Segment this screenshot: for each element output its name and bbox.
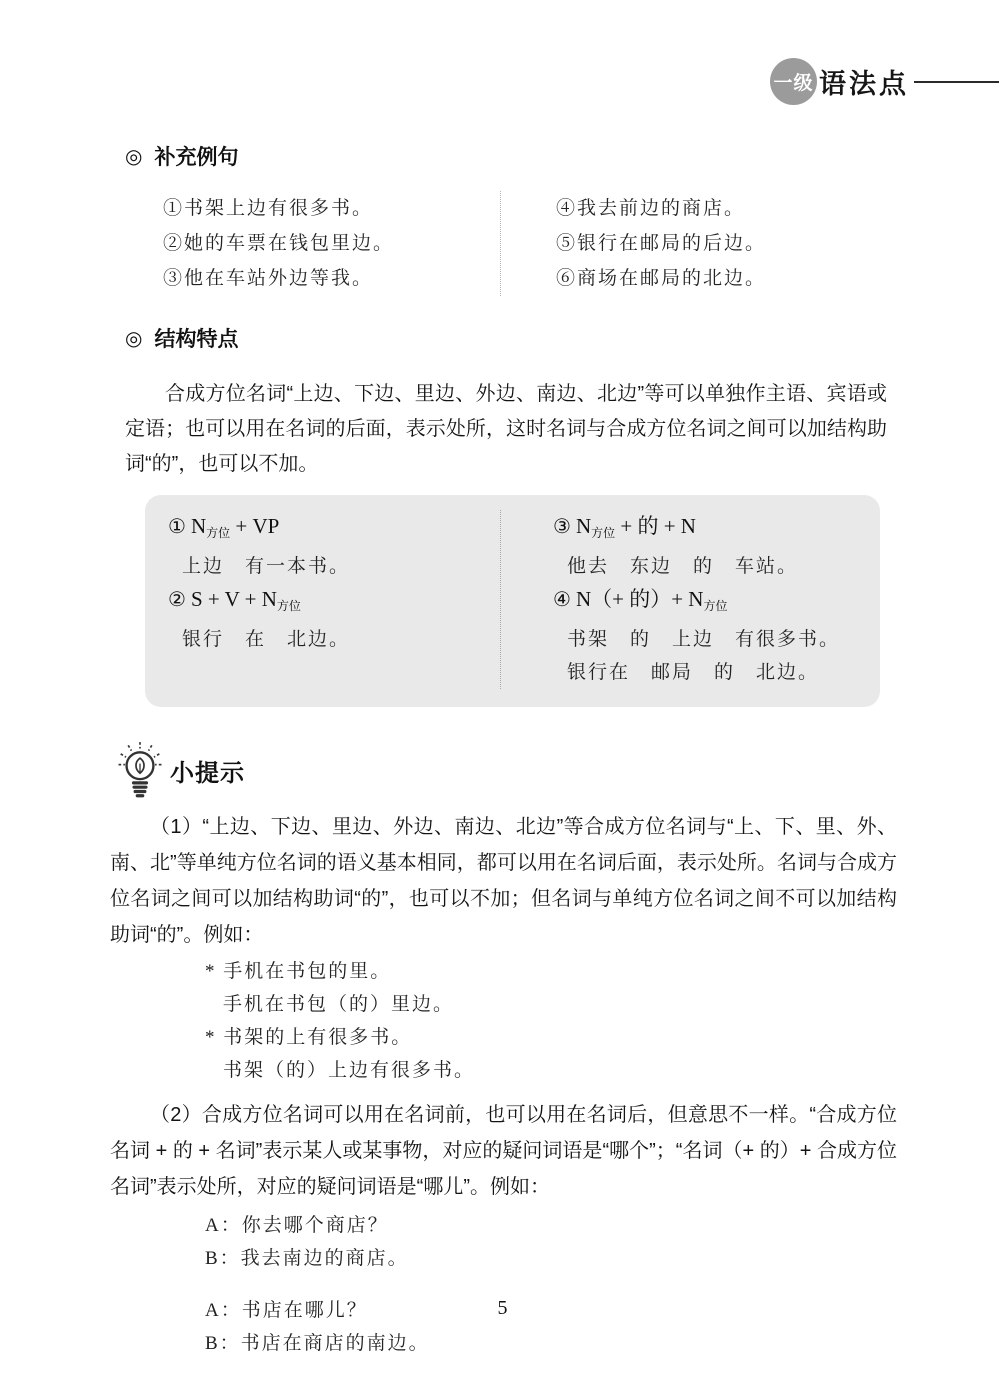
example-sentence: ①书架上边有很多书。 [163,191,500,226]
example-sentence: ②她的车票在钱包里边。 [163,226,500,261]
ungrammatical-example: * 书架的上有很多书。 [205,1021,887,1054]
pattern-formula-text: N方位 + VP [191,514,279,538]
page-header-title: 语法点 [819,62,909,101]
example-sentence: ③他在车站外边等我。 [163,261,500,296]
textbook-page: 一级 语法点 ◎ 补充例句 ①书架上边有很多书。 ②她的车票在钱包里边。 ③他在… [0,0,1005,1400]
tip-point-2: （2）合成方位名词可以用在名词前，也可以用在名词后，但意思不一样。“合成方位名词… [110,1097,897,1205]
pattern-example: 书架 的 上边 有很多书。 [553,623,880,656]
section-heading-examples: ◎ 补充例句 [125,141,887,171]
example-sentence: ⑥商场在邮局的北边。 [556,261,887,296]
header-rule [914,81,999,83]
pattern-formula: ①N方位 + VP [168,510,500,550]
pattern-column-right: ③N方位 + 的 + N 他去 东边 的 车站。 ④N（+ 的）+ N方位 书架… [500,510,880,689]
pattern-example: 他去 东边 的 车站。 [553,550,880,583]
section-bullet-icon: ◎ [125,326,142,351]
lightbulb-icon [116,741,164,799]
ungrammatical-example: * 手机在书包的里。 [205,955,887,988]
tip-point-1-examples: * 手机在书包的里。 手机在书包（的）里边。 * 书架的上有很多书。 书架（的）… [205,955,887,1087]
corrected-example: 书架（的）上边有很多书。 [205,1054,887,1087]
section-heading-structure: ◎ 结构特点 [125,323,887,353]
pattern-column-left: ①N方位 + VP 上边 有一本书。 ②S + V + N方位 银行 在 北边。 [145,510,500,689]
pattern-formula-text: N（+ 的）+ N方位 [576,587,728,611]
structure-paragraph: 合成方位名词“上边、下边、里边、外边、南边、北边”等可以单独作主语、宾语或定语；… [125,377,887,482]
pattern-formula: ③N方位 + 的 + N [553,510,880,550]
example-sentence: ④我去前边的商店。 [556,191,887,226]
pattern-formula-text: N方位 + 的 + N [576,514,696,538]
main-content: ◎ 补充例句 ①书架上边有很多书。 ②她的车票在钱包里边。 ③他在车站外边等我。… [125,141,887,1360]
tips-heading-label: 小提示 [170,753,245,788]
example-column-left: ①书架上边有很多书。 ②她的车票在钱包里边。 ③他在车站外边等我。 [125,191,500,296]
pattern-number: ④ [553,589,571,611]
example-sentences: ①书架上边有很多书。 ②她的车票在钱包里边。 ③他在车站外边等我。 ④我去前边的… [125,191,887,296]
pattern-formula-text: S + V + N方位 [191,587,301,611]
pattern-example: 银行在 邮局 的 北边。 [553,656,880,689]
tips-header: 小提示 [116,741,887,799]
pattern-example: 银行 在 北边。 [168,623,500,656]
example-sentence: ⑤银行在邮局的后边。 [556,226,887,261]
pattern-number: ③ [553,516,571,538]
dialogue-line: B：书店在商店的南边。 [205,1327,887,1360]
corrected-example: 手机在书包（的）里边。 [205,988,887,1021]
section-heading-label: 补充例句 [154,141,238,171]
dialogue-line: B：我去南边的商店。 [205,1242,887,1275]
pattern-example: 上边 有一本书。 [168,550,500,583]
pattern-number: ② [168,589,186,611]
page-header: 一级 语法点 [770,58,999,105]
pattern-formula: ②S + V + N方位 [168,583,500,623]
dialogue-line: A：你去哪个商店？ [205,1209,887,1242]
pattern-number: ① [168,516,186,538]
pattern-formula: ④N（+ 的）+ N方位 [553,583,880,623]
example-column-right: ④我去前边的商店。 ⑤银行在邮局的后边。 ⑥商场在邮局的北边。 [500,191,887,296]
level-badge: 一级 [770,58,817,105]
dialogue: A：你去哪个商店？ B：我去南边的商店。 [205,1209,887,1275]
section-bullet-icon: ◎ [125,144,142,169]
pattern-box: ①N方位 + VP 上边 有一本书。 ②S + V + N方位 银行 在 北边。… [145,495,880,707]
tip-dialogues: A：你去哪个商店？ B：我去南边的商店。 A：书店在哪儿？ B：书店在商店的南边… [205,1209,887,1360]
section-heading-label: 结构特点 [154,323,238,353]
tip-point-1: （1）“上边、下边、里边、外边、南边、北边”等合成方位名词与“上、下、里、外、南… [110,809,897,953]
page-number: 5 [0,1297,1005,1320]
